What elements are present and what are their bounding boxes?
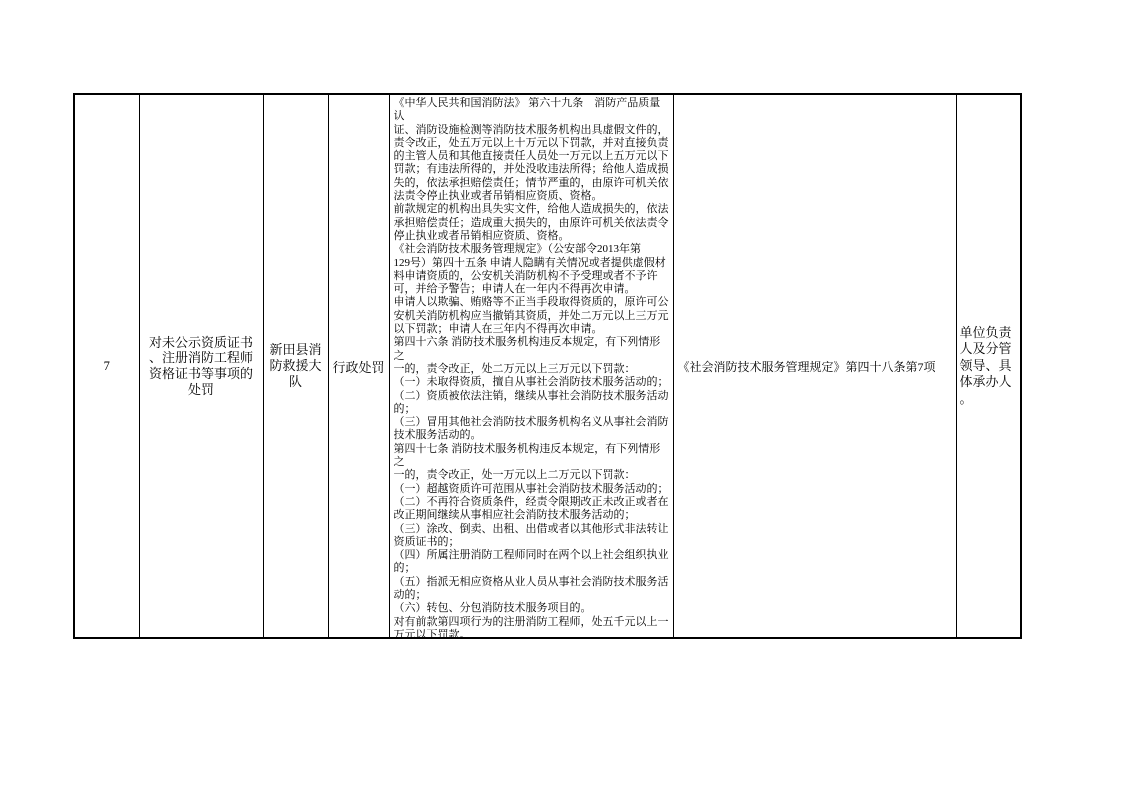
penalty-item-cell: 对未公示资质证书 、注册消防工程师 资格证书等事项的 处罚 bbox=[139, 94, 263, 638]
serial-number-cell: 7 bbox=[74, 94, 139, 638]
table-row: 7 对未公示资质证书 、注册消防工程师 资格证书等事项的 处罚 新田县消 防救援… bbox=[74, 94, 1021, 638]
discretion-basis-text: 《社会消防技术服务管理规定》第四十八条第7项 bbox=[674, 358, 956, 375]
penalty-item-text: 对未公示资质证书 、注册消防工程师 资格证书等事项的 处罚 bbox=[140, 335, 263, 398]
penalty-type-cell: 行政处罚 bbox=[328, 94, 389, 638]
penalty-items-table: 7 对未公示资质证书 、注册消防工程师 资格证书等事项的 处罚 新田县消 防救援… bbox=[73, 93, 1022, 639]
serial-number: 7 bbox=[104, 359, 110, 373]
document-page: 7 对未公示资质证书 、注册消防工程师 资格证书等事项的 处罚 新田县消 防救援… bbox=[0, 0, 1122, 793]
penalty-type-text: 行政处罚 bbox=[332, 360, 384, 375]
legal-basis-text: 《中华人民共和国消防法》 第六十九条 消防产品质量认 证、消防设施检测等消防技术… bbox=[394, 97, 670, 637]
discretion-basis-cell: 《社会消防技术服务管理规定》第四十八条第7项 bbox=[673, 94, 956, 638]
responsible-persons-text: 单位负责 人及分管 领导、具 体承办人 。 bbox=[957, 325, 1021, 408]
legal-basis-cell: 《中华人民共和国消防法》 第六十九条 消防产品质量认 证、消防设施检测等消防技术… bbox=[389, 94, 673, 638]
responsible-persons-cell: 单位负责 人及分管 领导、具 体承办人 。 bbox=[956, 94, 1021, 638]
implementing-agency-cell: 新田县消 防救援大 队 bbox=[263, 94, 328, 638]
implementing-agency-text: 新田县消 防救援大 队 bbox=[264, 342, 328, 389]
